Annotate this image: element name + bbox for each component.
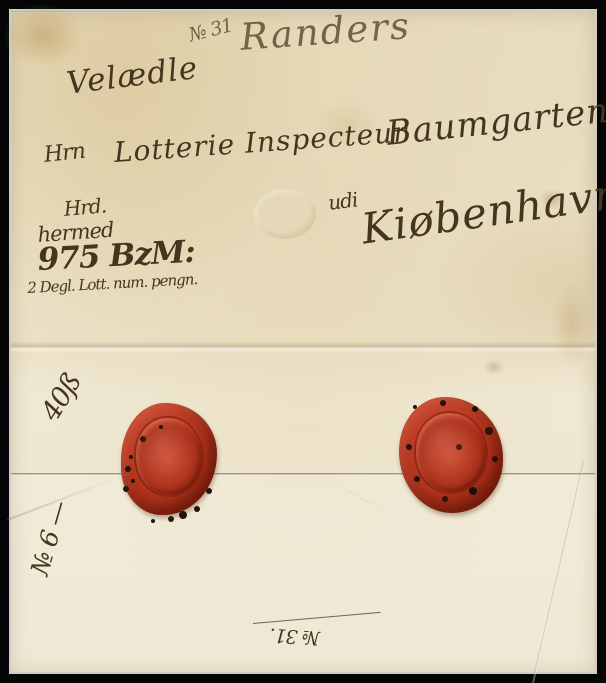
address-city: Kiøbenhavn (359, 173, 606, 251)
address-title: Lotterie Inspecteur (113, 118, 408, 166)
stain-right-mid (551, 281, 595, 367)
wax-seal-right-impression (414, 411, 489, 495)
address-honorific: Velædle (65, 53, 200, 100)
address-title-prefix: Hrn (43, 141, 86, 167)
fold-crease-upper (11, 341, 595, 353)
letter-paper: № 31 Randers Velædle Hrn Lotterie Inspec… (9, 9, 597, 674)
bottom-number-marking: № 31. (270, 625, 320, 647)
fold-crease-left-small (11, 11, 161, 13)
wax-seal-left-impression (134, 416, 203, 497)
origin-marking: Randers (239, 7, 412, 56)
wax-seal-left (121, 403, 217, 515)
bottom-number-stroke (253, 612, 381, 624)
note-line-1: Hrd. (63, 195, 107, 219)
scanned-letter-image: { "front": { "number_top": "№ 31", "orig… (0, 0, 606, 683)
document-number-top: № 31 (187, 16, 234, 45)
wax-seal-left-soot (129, 455, 133, 459)
wax-seal-right-soot (413, 405, 417, 409)
fox-spot (483, 359, 505, 375)
wax-seal-right (399, 397, 503, 513)
flap-crease-right (531, 461, 585, 683)
address-preposition: udi (327, 189, 358, 212)
address-name: Baumgarten (385, 94, 606, 151)
fold-crease-middle (11, 473, 595, 476)
side-number-marking: № 6 — (27, 498, 72, 577)
embossed-stamp (254, 189, 316, 239)
note-line-3: 975 BzM: (37, 237, 195, 276)
rate-marking: 40ß (37, 369, 86, 425)
